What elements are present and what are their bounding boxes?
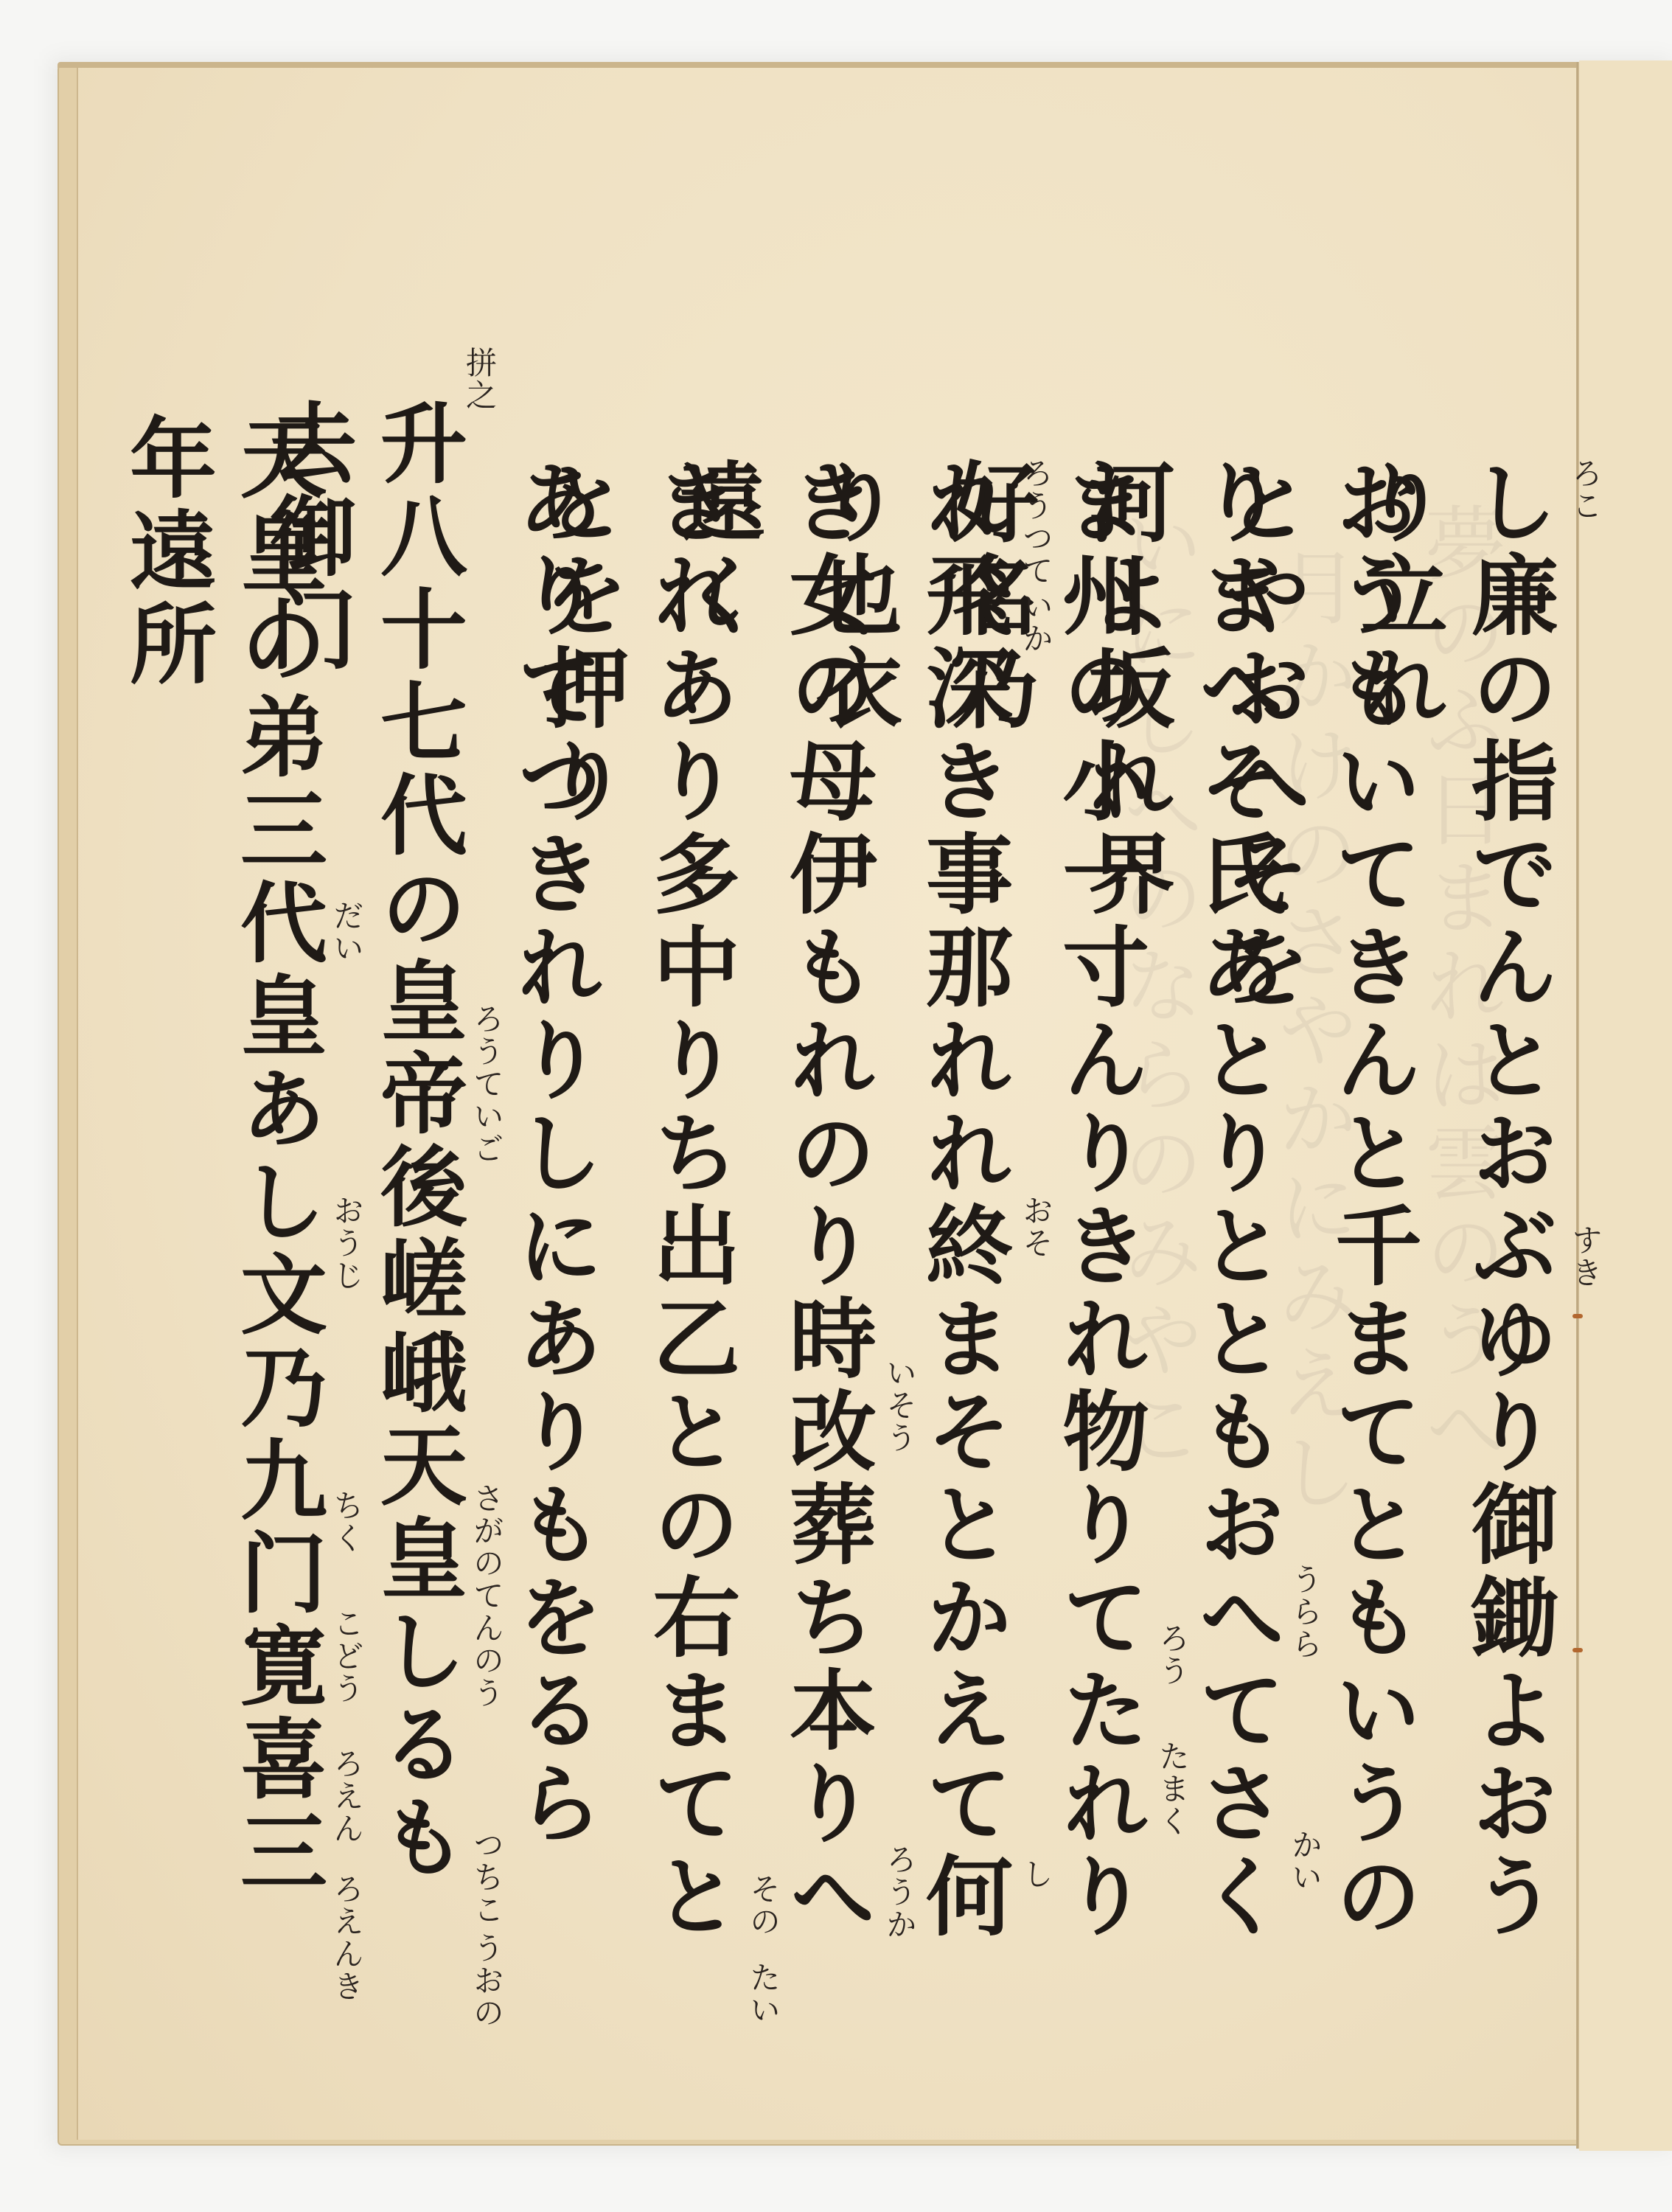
page-top-edge	[58, 62, 1576, 68]
furigana: いそう	[877, 1357, 922, 1454]
furigana: ろう	[1150, 1622, 1194, 1687]
furigana: おうじ	[324, 1194, 369, 1292]
furigana: し	[1014, 1858, 1058, 1891]
text-column-2: おうもいてきんと千まてともいうのとやおへそを	[1316, 457, 1427, 2035]
text-column-5: れ飛深き事那れれ終まそとかえて何り也衣	[907, 457, 1017, 2035]
text-column-8: ありてつきれりしにありもをるら	[498, 457, 608, 2035]
furigana: ろえん	[324, 1747, 369, 1845]
furigana: いか	[1014, 590, 1058, 655]
calligraphy-text-block: 夢のふ日まれは雲のうへ 月かけのさやかにみえし いにしへのならのみやこ し廉の指…	[221, 457, 1563, 2035]
furigana: さがのてんのう	[464, 1482, 509, 1709]
furigana: おそ	[1014, 1194, 1058, 1259]
furigana: うおの	[464, 1932, 509, 2029]
furigana: すき	[1563, 1224, 1607, 1289]
furigana: ろうつて	[1014, 457, 1058, 587]
furigana: たい	[741, 1961, 785, 2026]
furigana: ろこ	[1563, 457, 1607, 522]
furigana: かい	[1283, 1829, 1327, 1893]
text-column-1: し廉の指でんとおぶゆり御鋤よおうり立れ	[1452, 457, 1563, 2035]
furigana: だい	[324, 900, 369, 964]
text-column-7: きれあり多中りち出乙との右まてととを押り	[634, 457, 745, 2035]
binding-thread-mark	[1572, 1648, 1583, 1652]
furigana: うらら	[1283, 1563, 1327, 1660]
binding-thread-mark	[1572, 1314, 1583, 1318]
furigana: ろうていご	[464, 1003, 509, 1165]
text-column-9: 升八十七代の皇帝後嵯峨天皇しるも去御门	[361, 398, 472, 1976]
furigana: 拼之	[457, 347, 501, 411]
facing-page	[1579, 60, 1672, 2151]
text-column-6: き女の母伊もれのり時改葬ち本りへ遠く	[770, 457, 881, 2035]
furigana: ろうか	[877, 1843, 922, 1941]
furigana: たまく	[1150, 1740, 1194, 1837]
binding-gutter	[1576, 62, 1579, 2149]
furigana: つちこ	[464, 1829, 509, 1926]
furigana: こどう	[324, 1607, 369, 1705]
furigana: その	[741, 1873, 785, 1938]
text-column-4: ま州の小一寸んりきれ物りてたれり好名乃	[1043, 457, 1154, 2035]
furigana: ちく	[324, 1489, 369, 1554]
text-column-3: りまへそ氏あとりとともおへてさく河よ坂れ界	[1180, 457, 1290, 2035]
furigana: ろえんき	[324, 1873, 369, 2003]
text-column-10: 天皇の弟三代皇あし文乃九门寛喜三年遠所	[221, 413, 332, 1991]
